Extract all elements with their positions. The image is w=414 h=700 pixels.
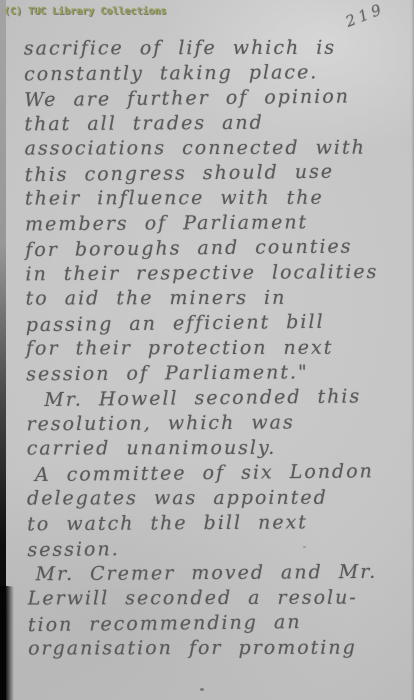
handwritten-line: this congress should use	[25, 159, 405, 188]
handwritten-line: passing an efficient bill	[26, 309, 406, 338]
handwritten-line: resolution, which was	[26, 410, 406, 438]
handwritten-line: carried unanimously.	[27, 436, 407, 462]
photo-edge-corner	[0, 585, 14, 700]
handwritten-line: that all trades and	[24, 110, 404, 138]
handwritten-line: their influence with the	[25, 186, 405, 212]
library-watermark: (C) TUC Library Collections	[4, 6, 167, 17]
paper-speck	[303, 546, 306, 548]
handwritten-line: delegates was appointed	[27, 485, 407, 511]
handwritten-line: sacrifice of life which is	[24, 36, 404, 62]
handwritten-line: to watch the bill next	[27, 510, 407, 538]
handwritten-text-block: sacrifice of life which is constantly ta…	[24, 35, 408, 663]
handwritten-line: members of Parliament	[25, 210, 405, 238]
paper-speck	[200, 688, 204, 691]
handwritten-line: session.	[27, 534, 407, 563]
handwritten-line: for boroughs and counties	[25, 234, 405, 263]
handwritten-line: Mr. Cremer moved and Mr.	[27, 560, 407, 588]
handwritten-line: to aid the miners in	[26, 286, 406, 312]
handwritten-line: associations connected with	[25, 136, 405, 162]
handwritten-line: constantly taking place.	[24, 60, 404, 88]
handwritten-line: We are further of opinion	[24, 84, 404, 113]
handwritten-line: tion recommending an	[28, 609, 408, 638]
scanned-manuscript-page: (C) TUC Library Collections 219 sacrific…	[0, 0, 414, 700]
handwritten-line: Lerwill seconded a resolu-	[28, 585, 408, 611]
handwritten-line: session of Parliament."	[26, 360, 406, 388]
page-number: 219	[343, 0, 387, 31]
handwritten-line: organisation for promoting	[28, 635, 408, 661]
handwritten-line: A committee of six London	[27, 459, 407, 488]
handwritten-line: in their respective localities	[25, 260, 405, 288]
handwritten-line: for their protection next	[26, 336, 406, 362]
handwritten-line: Mr. Howell seconded this	[26, 384, 406, 413]
